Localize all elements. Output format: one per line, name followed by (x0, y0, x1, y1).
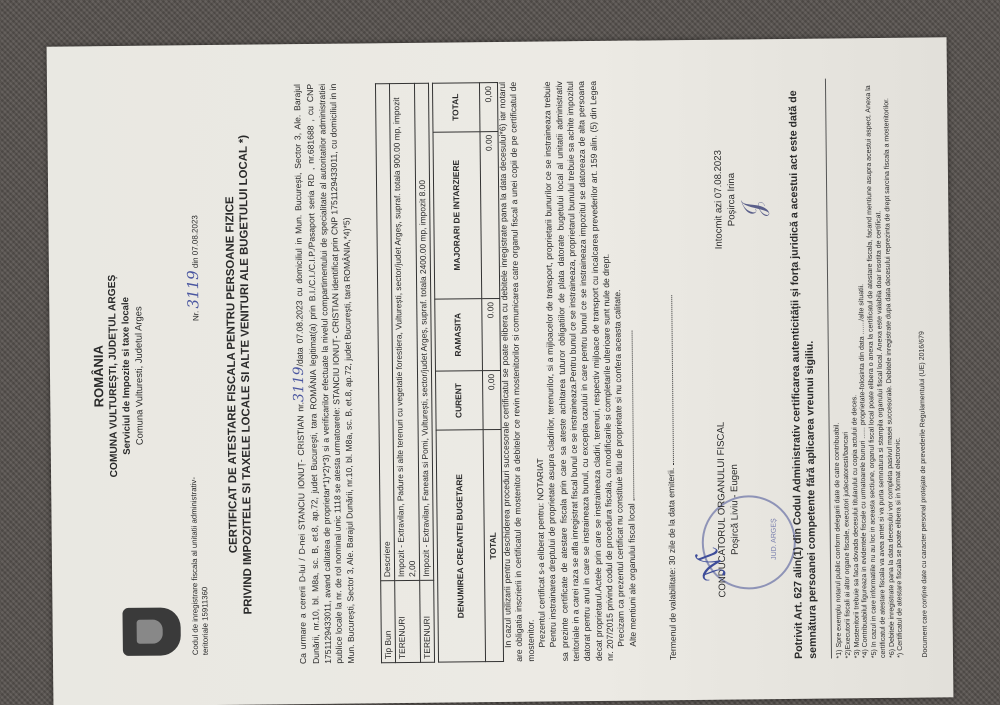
gdpr-notice: Document care conține date cu caracter p… (915, 78, 930, 658)
table-header-row: DENUMIREA CREANTEI BUGETARE CURENT RAMAS… (432, 83, 485, 662)
handwritten-number: 3119 (184, 270, 202, 308)
stamp-text: JUD. ARGEȘ (769, 499, 779, 579)
document-number: Nr. 3119 din 07.08.2023 (183, 215, 205, 415)
goods-table: Tip Bun Descriere TERENURI Impozit - Ext… (375, 83, 435, 664)
footnotes: *1) Spre exemplu notarul public conform … (825, 78, 906, 659)
legal-notice: Potrivit Art. 627 alin(1) din Codul Admi… (787, 79, 821, 659)
alienation-paragraph: Pentru instrainarea dreptului de proprie… (542, 81, 616, 662)
intro-paragraph: Ca urmare a cererii D-lui / D-nei STANCI… (287, 84, 357, 665)
document-title: CERTIFICAT DE ATESTARE FISCALA PENTRU PE… (222, 85, 257, 665)
head-name: Poșircă Liviu - Eugen (728, 359, 744, 659)
fiscal-registration-code: Codul de inregistrare fiscala al unitati… (189, 455, 212, 655)
romania-coat-of-arms-icon (122, 607, 180, 656)
validity-term: Termenul de valabilitate: 30 zile de la … (664, 295, 679, 660)
handwritten-request-number: 3119 (291, 366, 307, 402)
prepared-by-block: Intocmit azi 07.08.2023 Poșirca Irina (712, 89, 740, 309)
document-date: din 07.08.2023 (190, 215, 200, 268)
debts-table: DENUMIREA CREANTEI BUGETARE CURENT RAMAS… (432, 82, 504, 663)
head-signature-block: CONDUCATORUL ORGANULUI FISCAL Poșircă Li… (715, 359, 743, 659)
certificate-document: Codul de inregistrare fiscala al unitati… (47, 37, 954, 705)
prepared-name: Poșirca Irina (725, 89, 740, 309)
issuer-header: ROMÂNIA COMUNA VULTUREȘTI, JUDEȚUL ARGEȘ… (88, 196, 147, 557)
signature-preparer-icon: 𝒥 (735, 197, 773, 224)
service-location: Comuna Vulturesti, Judetul Arges (131, 196, 147, 556)
body-text: In cazul utilizarii pentru deschiderea p… (497, 81, 639, 662)
